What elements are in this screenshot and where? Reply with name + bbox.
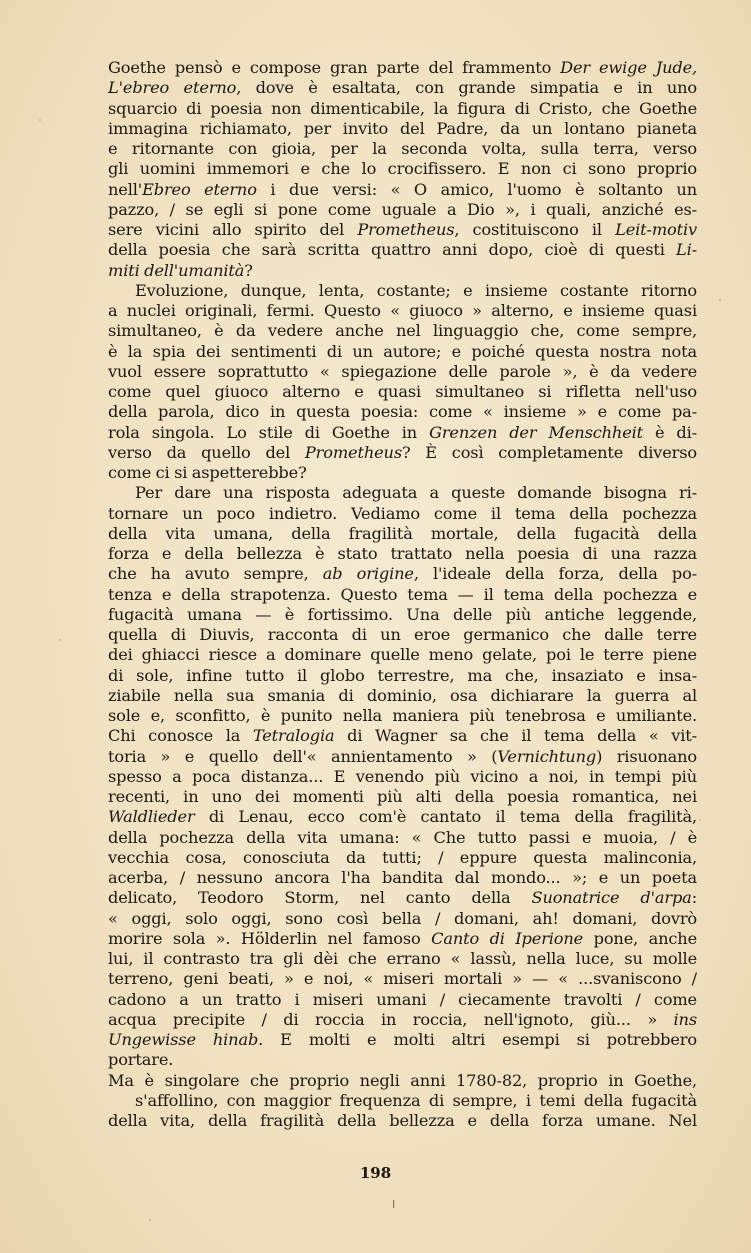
text-line: s'affollino, con maggior frequenza di se… [108, 1091, 697, 1111]
text-line: simultaneo, è da vedere anche nel lingua… [108, 321, 697, 341]
text-line: Waldlieder di Lenau, ecco com'è cantato … [108, 807, 697, 827]
text-line: come quel giuoco alterno e quasi simulta… [108, 382, 697, 402]
text-line: sole e, sconfitto, è punito nella manier… [108, 706, 697, 726]
text-line: della vita umana, della fragilità mortal… [108, 524, 697, 544]
body-text: Goethe pensò e compose gran parte del fr… [108, 58, 697, 1131]
text-line: a nuclei originali, fermi. Questo « giuo… [108, 301, 697, 321]
text-line: ziabile nella sua smania di dominio, osa… [108, 686, 697, 706]
text-line: tornare un poco indietro. Vediamo come i… [108, 504, 697, 524]
page-number: 198 [0, 1164, 751, 1182]
text-line: acerba, / nessuno ancora l'ha bandita da… [108, 868, 697, 888]
text-line: Ma è singolare che proprio negli anni 17… [108, 1071, 697, 1091]
text-line: delicato, Teodoro Storm, nel canto della… [108, 888, 697, 908]
text-line: morire sola ». Hölderlin nel famoso Cant… [108, 929, 697, 949]
text-line: Evoluzione, dunque, lenta, costante; e i… [108, 281, 697, 301]
text-line: squarcio di poesia non dimenticabile, la… [108, 99, 697, 119]
text-line: Goethe pensò e compose gran parte del fr… [108, 58, 697, 78]
text-line: forza e della bellezza è stato trattato … [108, 544, 697, 564]
text-line: vecchia cosa, conosciuta da tutti; / epp… [108, 848, 697, 868]
text-line: miti dell'umanità? [108, 261, 697, 281]
text-line: è la spia dei sentimenti di un autore; e… [108, 342, 697, 362]
text-line: acqua precipite / di roccia in roccia, n… [108, 1010, 697, 1030]
text-line: della parola, dico in questa poesia: com… [108, 402, 697, 422]
text-line: Chi conosce la Tetralogia di Wagner sa c… [108, 726, 697, 746]
text-line: pazzo, / se egli si pone come uguale a D… [108, 200, 697, 220]
text-line: quella di Diuvis, racconta di un eroe ge… [108, 625, 697, 645]
text-line: rola singola. Lo stile di Goethe in Gren… [108, 423, 697, 443]
text-line: terreno, geni beati, » e noi, « miseri m… [108, 969, 697, 989]
text-line: immagina richiamato, per invito del Padr… [108, 119, 697, 139]
text-line: « oggi, solo oggi, sono così bella / dom… [108, 909, 697, 929]
text-line: della pochezza della vita umana: « Che t… [108, 828, 697, 848]
text-line: cadono a un tratto i miseri umani / ciec… [108, 990, 697, 1010]
text-line: toria » e quello dell'« annientamento » … [108, 747, 697, 767]
text-line: tenza e della strapotenza. Questo tema —… [108, 585, 697, 605]
text-line: e ritornante con gioia, per la seconda v… [108, 139, 697, 159]
text-line: sere vicini allo spirito del Prometheus,… [108, 220, 697, 240]
text-line: che ha avuto sempre, ab origine, l'ideal… [108, 564, 697, 584]
text-line: verso da quello del Prometheus? È così c… [108, 443, 697, 463]
text-line: portare. [108, 1050, 697, 1070]
text-line: L'ebreo eterno, dove è esaltata, con gra… [108, 78, 697, 98]
text-line: della poesia che sarà scritta quattro an… [108, 240, 697, 260]
text-line: gli uomini immemori e che lo crocifisser… [108, 159, 697, 179]
text-line: Ungewisse hinab. E molti e molti altri e… [108, 1030, 697, 1050]
text-line: nell'Ebreo eterno i due versi: « O amico… [108, 180, 697, 200]
text-line: Per dare una risposta adeguata a queste … [108, 483, 697, 503]
text-line: fugacità umana — è fortissimo. Una delle… [108, 605, 697, 625]
text-line: come ci si aspetterebbe? [108, 463, 697, 483]
text-line: lui, il contrasto tra gli dèi che errano… [108, 949, 697, 969]
text-line: dei ghiacci riesce a dominare quelle men… [108, 645, 697, 665]
text-line: vuol essere soprattutto « spiegazione de… [108, 362, 697, 382]
text-line: della vita, della fragilità della bellez… [108, 1111, 697, 1131]
text-line: di sole, infine tutto il globo terrestre… [108, 666, 697, 686]
text-line: recenti, in uno dei momenti più alti del… [108, 787, 697, 807]
text-line: spesso a poca distanza... E venendo più … [108, 767, 697, 787]
